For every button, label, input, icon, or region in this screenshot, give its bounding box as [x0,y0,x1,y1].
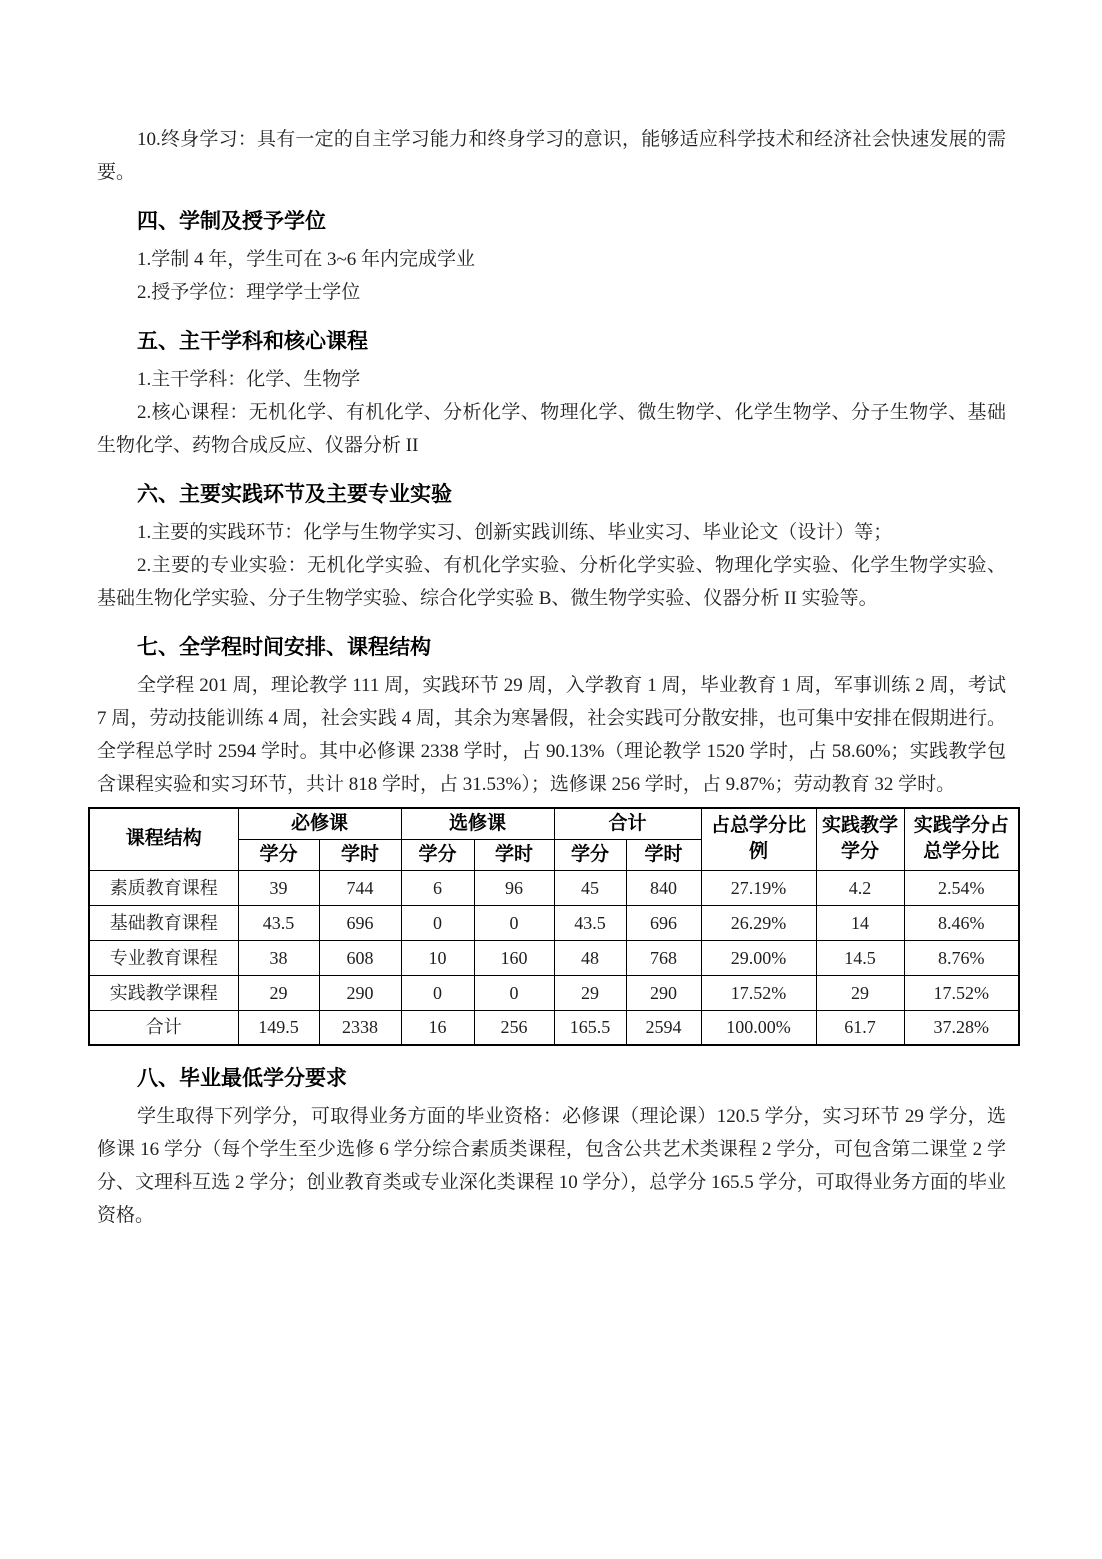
table-cell: 0 [474,905,554,940]
table-cell: 17.52% [904,975,1019,1010]
section5-item-1: 1.主干学科：化学、生物学 [97,363,1006,396]
header-elective-hours: 学时 [474,839,554,870]
table-cell: 38 [238,940,319,975]
section6-item-2: 2.主要的专业实验：无机化学实验、有机化学实验、分析化学实验、物理化学实验、化学… [97,549,1006,615]
table-cell: 0 [401,975,474,1010]
table-cell: 149.5 [238,1010,319,1045]
table-row-quality-education: 素质教育课程 39 744 6 96 45 840 27.19% 4.2 2.5… [89,870,1019,905]
table-cell: 2.54% [904,870,1019,905]
header-total-credit: 学分 [554,839,626,870]
table-cell: 61.7 [816,1010,904,1045]
table-cell: 100.00% [701,1010,816,1045]
section8-paragraph: 学生取得下列学分，可取得业务方面的毕业资格：必修课（理论课）120.5 学分，实… [97,1100,1006,1232]
header-required-group: 必修课 [238,808,401,839]
header-pct-of-total: 占总学分比例 [701,808,816,870]
row-label: 实践教学课程 [89,975,238,1010]
header-total-hours: 学时 [626,839,701,870]
table-cell: 16 [401,1010,474,1045]
header-course-structure: 课程结构 [89,808,238,870]
section-heading-8: 八、毕业最低学分要求 [97,1062,1006,1094]
table-cell: 290 [626,975,701,1010]
table-row-basic-education: 基础教育课程 43.5 696 0 0 43.5 696 26.29% 14 8… [89,905,1019,940]
table-cell: 8.46% [904,905,1019,940]
section4-item-1: 1.学制 4 年，学生可在 3~6 年内完成学业 [97,243,1006,276]
table-cell: 165.5 [554,1010,626,1045]
table-row-professional-education: 专业教育课程 38 608 10 160 48 768 29.00% 14.5 … [89,940,1019,975]
table-cell: 608 [319,940,401,975]
table-cell: 39 [238,870,319,905]
header-practice-pct: 实践学分占总学分比 [904,808,1019,870]
table-row-practice-teaching: 实践教学课程 29 290 0 0 29 290 17.52% 29 17.52… [89,975,1019,1010]
table-row-total: 合计 149.5 2338 16 256 165.5 2594 100.00% … [89,1010,1019,1045]
row-label: 素质教育课程 [89,870,238,905]
table-cell: 29.00% [701,940,816,975]
table-cell: 27.19% [701,870,816,905]
section-heading-6: 六、主要实践环节及主要专业实验 [97,478,1006,510]
header-required-credit: 学分 [238,839,319,870]
table-cell: 14.5 [816,940,904,975]
header-practice-credits: 实践教学学分 [816,808,904,870]
table-cell: 696 [626,905,701,940]
table-cell: 290 [319,975,401,1010]
table-cell: 29 [554,975,626,1010]
section6-item-1: 1.主要的实践环节：化学与生物学实习、创新实践训练、毕业实习、毕业论文（设计）等… [97,516,1006,549]
section-heading-5: 五、主干学科和核心课程 [97,325,1006,357]
table-cell: 2338 [319,1010,401,1045]
header-required-hours: 学时 [319,839,401,870]
table-cell: 256 [474,1010,554,1045]
table-cell: 45 [554,870,626,905]
header-total-group: 合计 [554,808,701,839]
document-page: 10.终身学习：具有一定的自主学习能力和终身学习的意识，能够适应科学技术和经济社… [0,0,1102,1559]
table-cell: 37.28% [904,1010,1019,1045]
table-cell: 43.5 [238,905,319,940]
section5-item-2: 2.核心课程：无机化学、有机化学、分析化学、物理化学、微生物学、化学生物学、分子… [97,396,1006,462]
table-cell: 26.29% [701,905,816,940]
section-heading-7: 七、全学程时间安排、课程结构 [97,631,1006,663]
table-cell: 4.2 [816,870,904,905]
section-heading-4: 四、学制及授予学位 [97,205,1006,237]
table-cell: 6 [401,870,474,905]
section4-item-2: 2.授予学位：理学学士学位 [97,276,1006,309]
row-label: 合计 [89,1010,238,1045]
table-cell: 29 [816,975,904,1010]
table-cell: 2594 [626,1010,701,1045]
lifelong-learning-paragraph: 10.终身学习：具有一定的自主学习能力和终身学习的意识，能够适应科学技术和经济社… [97,123,1006,189]
table-cell: 768 [626,940,701,975]
table-cell: 840 [626,870,701,905]
table-cell: 744 [319,870,401,905]
header-elective-credit: 学分 [401,839,474,870]
table-cell: 0 [474,975,554,1010]
curriculum-structure-table: 课程结构 必修课 选修课 合计 占总学分比例 实践教学学分 实践学分占总学分比 … [88,807,1020,1046]
table-cell: 14 [816,905,904,940]
table-cell: 0 [401,905,474,940]
table-header-row-1: 课程结构 必修课 选修课 合计 占总学分比例 实践教学学分 实践学分占总学分比 [89,808,1019,839]
table-cell: 43.5 [554,905,626,940]
table-cell: 10 [401,940,474,975]
table-cell: 29 [238,975,319,1010]
table-cell: 17.52% [701,975,816,1010]
header-elective-group: 选修课 [401,808,554,839]
table-cell: 696 [319,905,401,940]
table-cell: 48 [554,940,626,975]
table-cell: 8.76% [904,940,1019,975]
section7-paragraph: 全学程 201 周，理论教学 111 周，实践环节 29 周，入学教育 1 周，… [97,669,1006,801]
table-cell: 160 [474,940,554,975]
row-label: 专业教育课程 [89,940,238,975]
table-cell: 96 [474,870,554,905]
row-label: 基础教育课程 [89,905,238,940]
